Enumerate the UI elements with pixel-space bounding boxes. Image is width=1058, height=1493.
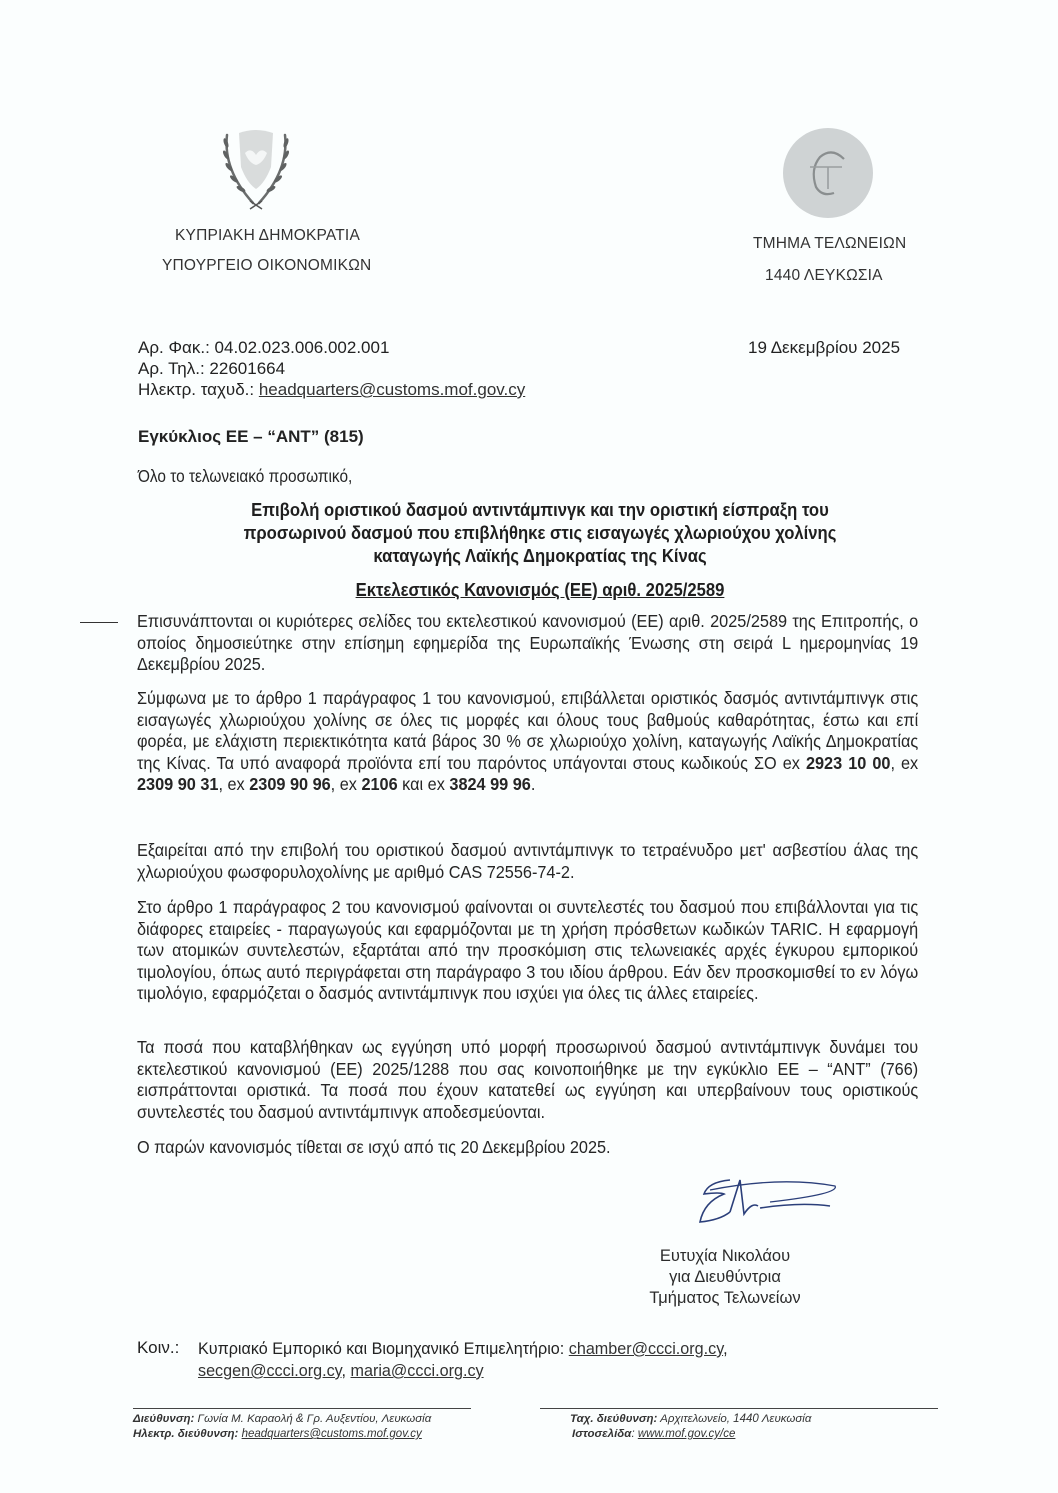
cyprus-coat-of-arms-icon <box>215 125 297 215</box>
customs-logo <box>782 127 874 219</box>
margin-dash <box>80 622 118 623</box>
reference-block: Αρ. Φακ.: 04.02.023.006.002.001 Αρ. Τηλ.… <box>138 337 525 400</box>
email-line: Ηλεκτρ. ταχυδ.: headquarters@customs.mof… <box>138 379 525 400</box>
customs-department-logo-icon <box>782 127 874 219</box>
cc-recipients: Κυπριακό Εμπορικό και Βιομηχανικό Επιμελ… <box>198 1338 863 1382</box>
footer-email: Ηλεκτρ. διεύθυνση: headquarters@customs.… <box>133 1427 431 1442</box>
department-name: ΤΜΗΜΑ ΤΕΛΩΝΕΙΩΝ <box>753 235 906 253</box>
paragraph-entry-into-force: Ο παρών κανονισμός τίθεται σε ισχύ από τ… <box>137 1137 918 1159</box>
coat-of-arms-emblem <box>215 125 297 215</box>
footer-divider-left <box>133 1408 471 1409</box>
subject-title: Επιβολή οριστικού δασμού αντιντάμπινγκ κ… <box>171 498 909 567</box>
paragraph-exemption: Εξαιρείται από την επιβολή του οριστικού… <box>137 840 918 883</box>
paragraph-article-1-2: Στο άρθρο 1 παράγραφος 2 του κανονισμού … <box>137 897 918 1005</box>
phone-number: Αρ. Τηλ.: 22601664 <box>138 358 525 379</box>
cn-code: 2309 90 31 <box>137 774 218 794</box>
salutation: Όλο το τελωνειακό προσωπικό, <box>138 466 352 487</box>
footer-address: Διεύθυνση: Γωνία Μ. Καραολή & Γρ. Αυξεντ… <box>133 1412 431 1427</box>
signature <box>690 1172 850 1232</box>
paragraph-guarantees: Τα ποσά που καταβλήθηκαν ως εγγύηση υπό … <box>137 1037 918 1123</box>
email-link[interactable]: headquarters@customs.mof.gov.cy <box>259 380 525 399</box>
cc-email-secgen[interactable]: secgen@ccci.org.cy <box>198 1361 342 1380</box>
paragraph-attachment: Επισυνάπτονται οι κυριότερες σελίδες του… <box>137 611 918 676</box>
cn-code: 2106 <box>361 774 397 794</box>
signatory-role: για Διευθύντρια <box>640 1267 810 1288</box>
document-date: 19 Δεκεμβρίου 2025 <box>748 337 900 358</box>
cc-email-chamber[interactable]: chamber@ccci.org.cy <box>569 1339 723 1358</box>
cn-code: 2309 90 96 <box>249 774 330 794</box>
regulation-title: Εκτελεστικός Κανονισμός (ΕΕ) αριθ. 2025/… <box>171 578 909 601</box>
footer-website: Ιστοσελίδα: www.mof.gov.cy/ce <box>570 1427 811 1442</box>
cc-email-maria[interactable]: maria@ccci.org.cy <box>351 1361 484 1380</box>
paragraph-article-1-1: Σύμφωνα με το άρθρο 1 παράγραφος 1 του κ… <box>137 688 918 796</box>
footer-email-link[interactable]: headquarters@customs.mof.gov.cy <box>242 1428 422 1440</box>
signatory-name: Ευτυχία Νικολάου <box>640 1246 810 1267</box>
cn-code: 3824 99 96 <box>449 774 530 794</box>
footer-website-link[interactable]: www.mof.gov.cy/ce <box>638 1428 736 1440</box>
cn-code: 2923 10 00 <box>806 753 890 773</box>
ministry-name: ΥΠΟΥΡΓΕΙΟ ΟΙΚΟΝΟΜΙΚΩΝ <box>162 257 371 275</box>
footer-divider-right <box>540 1408 938 1409</box>
republic-name: ΚΥΠΡΙΑΚΗ ΔΗΜΟΚΡΑΤΙΑ <box>175 227 360 245</box>
footer-right: Ταχ. διεύθυνση: Αρχιτελωνείο, 1440 Λευκω… <box>570 1412 811 1442</box>
footer-postal-address: Ταχ. διεύθυνση: Αρχιτελωνείο, 1440 Λευκω… <box>570 1412 811 1427</box>
cc-label: Κοιν.: <box>137 1338 179 1358</box>
footer-left: Διεύθυνση: Γωνία Μ. Καραολή & Γρ. Αυξεντ… <box>133 1412 431 1442</box>
signatory-department: Τμήματος Τελωνείων <box>640 1288 810 1309</box>
signatory-block: Ευτυχία Νικολάου για Διευθύντρια Τμήματο… <box>640 1246 810 1309</box>
circular-number: Εγκύκλιος ΕΕ – “ΑΝΤ” (815) <box>138 426 364 447</box>
department-city: 1440 ΛΕΥΚΩΣΙΑ <box>765 267 883 285</box>
handwritten-signature-icon <box>690 1172 850 1232</box>
file-reference: Αρ. Φακ.: 04.02.023.006.002.001 <box>138 337 525 358</box>
